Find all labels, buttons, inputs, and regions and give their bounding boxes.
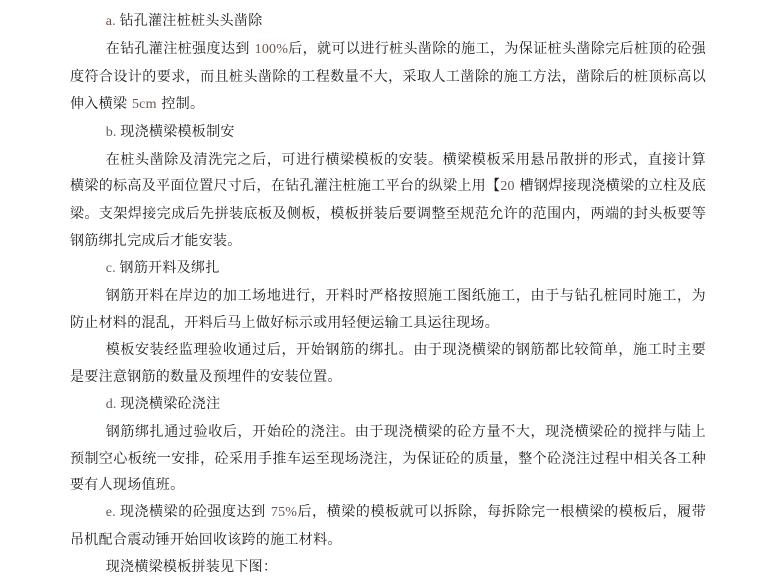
section-heading: d. 现浇横梁砼浇注 [70, 391, 706, 419]
latin-text-run: d. [106, 397, 121, 412]
text-run: 现浇横梁模板制安 [120, 124, 234, 140]
latin-text-run: 20 [500, 179, 514, 194]
text-run: 在钻孔灌注桩强度达到 [106, 41, 255, 57]
text-run: 钢筋开料在岸边的加工场地进行，开料时严格按照施工图纸施工，由于与钻孔桩同时施工，… [70, 288, 706, 331]
latin-text-run: 75% [271, 505, 297, 520]
text-run: 现浇横梁砼浇注 [120, 396, 220, 412]
paragraph: 现浇横梁模板拼装见下图： [70, 554, 706, 581]
latin-text-run: b. [106, 125, 121, 140]
document-body: a. 钻孔灌注桩桩头头凿除在钻孔灌注桩强度达到 100%后，就可以进行桩头凿除的… [70, 8, 706, 581]
text-run: 现浇横梁的砼强度达到 [120, 504, 271, 520]
text-run: 现浇横梁模板拼装见下图： [106, 559, 278, 575]
text-run: 钢筋开料及绑扎 [120, 260, 220, 276]
text-run: 钻孔灌注桩桩头头凿除 [120, 13, 263, 29]
paragraph: 模板安装经监理验收通过后，开始钢筋的绑扎。由于现浇横梁的钢筋都比较简单，施工时主… [70, 337, 706, 391]
latin-text-run: 5cm [132, 97, 157, 112]
text-run: 模板安装经监理验收通过后，开始钢筋的绑扎。由于现浇横梁的钢筋都比较简单，施工时主… [70, 342, 706, 385]
section-heading: c. 钢筋开料及绑扎 [70, 255, 706, 283]
section-heading: a. 钻孔灌注桩桩头头凿除 [70, 8, 706, 36]
latin-text-run: c. [106, 261, 120, 276]
paragraph: 钢筋绑扎通过验收后，开始砼的浇注。由于现浇横梁的砼方量不大，现浇横梁砼的搅拌与陆… [70, 419, 706, 500]
document-page: a. 钻孔灌注桩桩头头凿除在钻孔灌注桩强度达到 100%后，就可以进行桩头凿除的… [0, 0, 760, 588]
latin-text-run: e. [106, 505, 120, 520]
latin-text-run: a. [106, 14, 120, 29]
paragraph: 在桩头凿除及清洗完之后，可进行横梁模板的安装。横梁模板采用悬吊散拼的形式，直接计… [70, 147, 706, 256]
paragraph: 钢筋开料在岸边的加工场地进行，开料时严格按照施工图纸施工，由于与钻孔桩同时施工，… [70, 283, 706, 337]
paragraph: e. 现浇横梁的砼强度达到 75%后，横梁的模板就可以拆除，每拆除完一根横梁的模… [70, 499, 706, 554]
latin-text-run: 100% [255, 42, 288, 57]
text-run: 钢筋绑扎通过验收后，开始砼的浇注。由于现浇横梁的砼方量不大，现浇横梁砼的搅拌与陆… [70, 424, 706, 494]
paragraph: 在钻孔灌注桩强度达到 100%后，就可以进行桩头凿除的施工，为保证桩头凿除完后桩… [70, 36, 706, 119]
text-run: 控制。 [157, 96, 205, 112]
section-heading: b. 现浇横梁模板制安 [70, 119, 706, 147]
